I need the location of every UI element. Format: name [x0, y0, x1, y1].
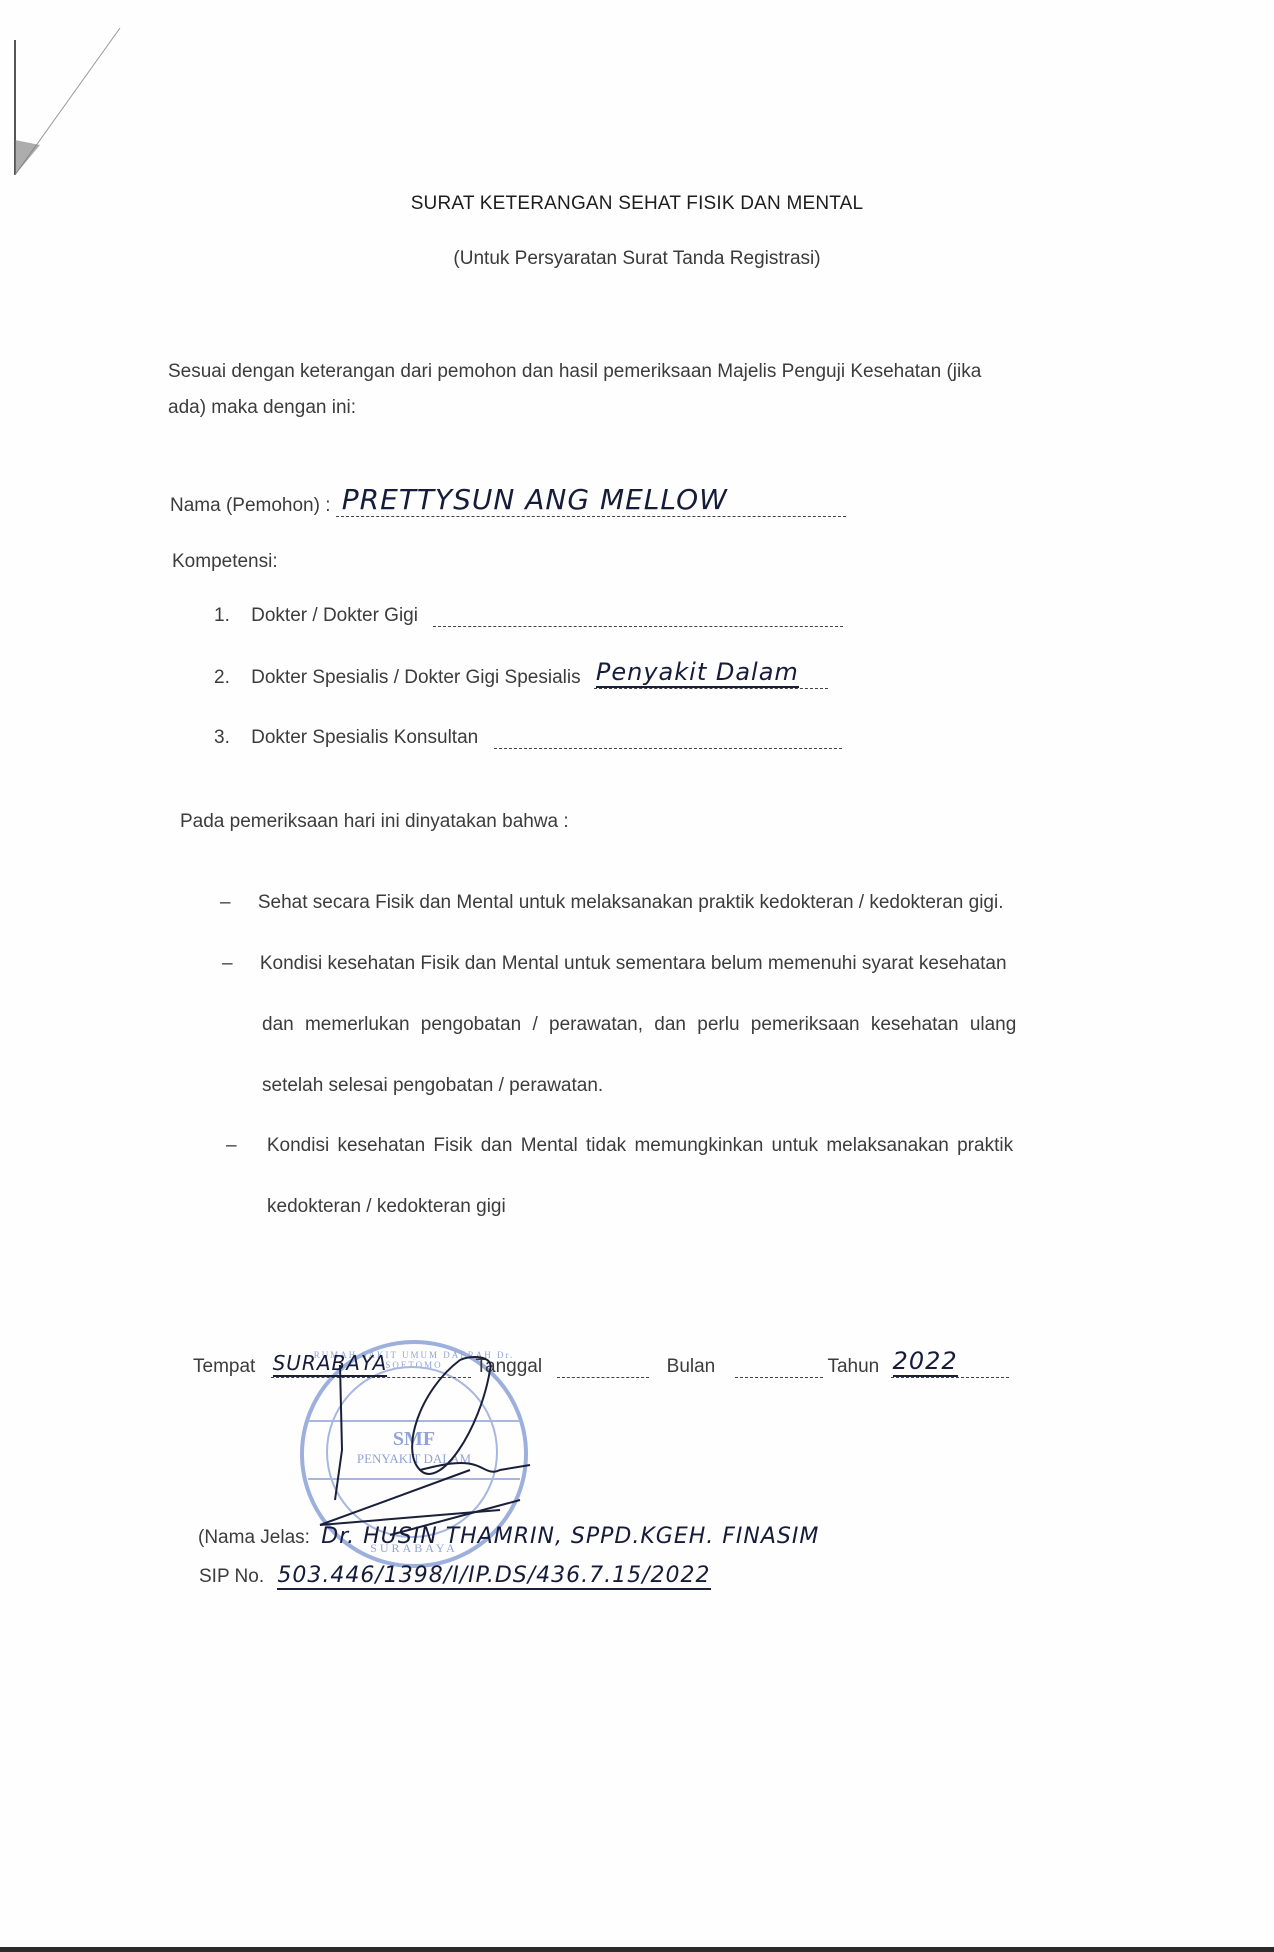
signatory-name-row: (Nama Jelas: Dr. HUSIN THAMRIN, SPPD.KGE… [198, 1524, 819, 1549]
competency-item-3: 3. Dokter Spesialis Konsultan [214, 727, 842, 749]
item-label: Dokter / Dokter Gigi [251, 605, 418, 626]
competency-field-1 [433, 608, 843, 627]
statement-intro: Pada pemeriksaan hari ini dinyatakan bah… [180, 811, 569, 833]
statement-bullet: – [222, 953, 233, 974]
applicant-row: Nama (Pemohon) : PRETTYSUN ANG MELLOW [170, 494, 846, 517]
signatory-name-value: Dr. HUSIN THAMRIN, SPPD.KGEH. FINASIM [321, 1524, 819, 1549]
item-label: Dokter Spesialis Konsultan [251, 727, 478, 748]
month-field [735, 1359, 823, 1378]
date-field [557, 1359, 649, 1378]
month-label: Bulan [667, 1356, 716, 1377]
statement-3: – Kondisi kesehatan Fisik dan Mental tid… [226, 1135, 1013, 1157]
competency-value-2: Penyakit Dalam [596, 658, 799, 688]
scan-edge [0, 1947, 1274, 1952]
scan-corner-fold-mark [0, 0, 140, 200]
item-number: 1. [214, 605, 230, 626]
competency-item-1: 1. Dokter / Dokter Gigi [214, 605, 843, 627]
item-number: 2. [214, 667, 230, 688]
competency-item-2: 2. Dokter Spesialis / Dokter Gigi Spesia… [214, 666, 828, 689]
applicant-label: Nama (Pemohon) : [170, 495, 331, 516]
year-label: Tahun [827, 1356, 879, 1377]
competency-field-2: Penyakit Dalam [594, 666, 828, 689]
place-label: Tempat [193, 1356, 255, 1377]
statement-bullet: – [226, 1135, 237, 1156]
item-number: 3. [214, 727, 230, 748]
year-field: 2022 [891, 1355, 1009, 1378]
statement-2-line-3: setelah selesai pengobatan / perawatan. [262, 1075, 603, 1097]
statement-bullet: – [220, 892, 231, 913]
competency-field-3 [494, 730, 842, 749]
statement-line: Kondisi kesehatan Fisik dan Mental untuk… [260, 953, 1007, 974]
document-subtitle: (Untuk Persyaratan Surat Tanda Registras… [0, 248, 1274, 270]
sip-row: SIP No. 503.446/1398/I/IP.DS/436.7.15/20… [199, 1563, 711, 1588]
statement-2-line-2: dan memerlukan pengobatan / perawatan, d… [262, 1014, 1016, 1036]
intro-line-2: ada) maka dengan ini: [168, 397, 356, 419]
statement-1: – Sehat secara Fisik dan Mental untuk me… [220, 892, 1004, 914]
statement-line: Sehat secara Fisik dan Mental untuk mela… [258, 892, 1004, 913]
sip-value: 503.446/1398/I/IP.DS/436.7.15/2022 [277, 1563, 710, 1590]
year-value: 2022 [893, 1347, 958, 1377]
statement-line: Kondisi kesehatan Fisik dan Mental tidak… [267, 1135, 1013, 1156]
sip-label: SIP No. [199, 1566, 264, 1587]
competency-label: Kompetensi: [172, 551, 278, 573]
item-label: Dokter Spesialis / Dokter Gigi Spesialis [251, 667, 580, 688]
applicant-name-field: PRETTYSUN ANG MELLOW [336, 494, 846, 517]
handwritten-signature [300, 1350, 560, 1540]
statement-2: – Kondisi kesehatan Fisik dan Mental unt… [222, 953, 1007, 975]
document-title: SURAT KETERANGAN SEHAT FISIK DAN MENTAL [0, 193, 1274, 215]
statement-3-line-2: kedokteran / kedokteran gigi [267, 1196, 506, 1218]
applicant-name-value: PRETTYSUN ANG MELLOW [342, 483, 728, 516]
intro-line-1: Sesuai dengan keterangan dari pemohon da… [168, 361, 981, 383]
signatory-name-label: (Nama Jelas: [198, 1527, 310, 1548]
